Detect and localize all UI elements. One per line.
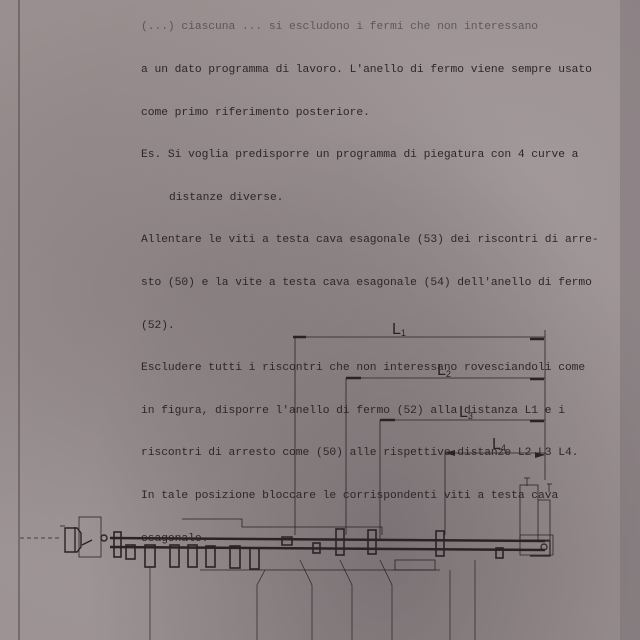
scanned-page: (...) ciascuna ... si escludono i fermi …: [0, 0, 640, 640]
label-L3: L3: [459, 404, 473, 421]
label-L1: L1: [392, 321, 406, 338]
technical-drawing: L1 L2 L3 L4: [0, 0, 640, 640]
label-L2: L2: [437, 362, 451, 379]
dimension-lines: [295, 330, 545, 540]
label-L4: L4: [492, 436, 506, 453]
dimension-labels: L1 L2 L3 L4: [392, 321, 506, 453]
